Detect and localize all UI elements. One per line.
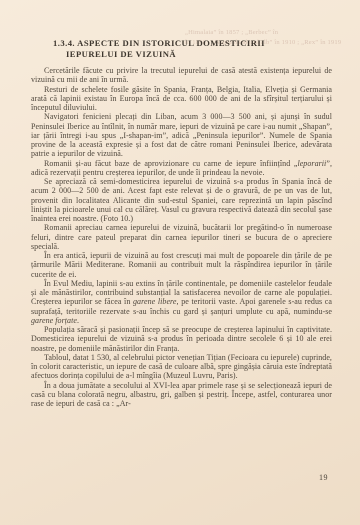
paragraph: Navigatori fenicieni plecați din Liban, … <box>31 112 332 158</box>
text-segment: Romanii și-au făcut baze de aprovizionar… <box>44 159 297 168</box>
section-heading: 1.3.4. ASPECTE DIN ISTORICUL DOMESTICIRI… <box>53 38 265 59</box>
text-segment: Romanii apreciau carnea iepurelui de viz… <box>31 223 332 251</box>
paragraph: Tabloul, datat 1 530, al celebrului pict… <box>31 353 332 381</box>
paragraph: Romanii apreciau carnea iepurelui de viz… <box>31 223 332 251</box>
text-segment: . <box>77 316 79 325</box>
italic-term: leporarii <box>297 159 326 168</box>
section-heading-line2: IEPURELUI DE VIZUINĂ <box>66 49 265 60</box>
paragraph: Resturi de schelete fosile găsite în Spa… <box>31 85 332 113</box>
text-segment: Resturi de schelete fosile găsite în Spa… <box>31 85 332 113</box>
text-segment: În a doua jumătate a secolului al XVI-le… <box>31 381 332 409</box>
text-segment: În era antică, iepurii de vizuină au fos… <box>31 251 332 279</box>
paragraph: Populația săracă și pasionații încep să … <box>31 325 332 353</box>
paragraph: Romanii și-au făcut baze de aprovizionar… <box>31 159 332 178</box>
paragraph: În a doua jumătate a secolului al XVI-le… <box>31 381 332 409</box>
text-segment: Populația săracă și pasionații încep să … <box>31 325 332 353</box>
paragraph: În era antică, iepurii de vizuină au fos… <box>31 251 332 279</box>
text-segment: Se apreciază că semi-domesticirea iepure… <box>31 177 332 223</box>
body-text: Cercetările făcute cu privire la trecutu… <box>31 66 332 408</box>
italic-term: garene libere <box>133 297 177 306</box>
text-segment: Tabloul, datat 1 530, al celebrului pict… <box>31 353 332 381</box>
italic-term: garene forțate <box>31 316 77 325</box>
book-page: „Himalaia” în 1857 ; „Berbec” în în 1898… <box>0 0 360 525</box>
text-segment: Navigatori fenicieni plecați din Liban, … <box>31 112 332 158</box>
ink-bleed-line: „Himalaia” în 1857 ; „Berbec” în <box>185 28 355 38</box>
page-number: 19 <box>319 473 328 482</box>
text-segment: Cercetările făcute cu privire la trecutu… <box>31 66 332 84</box>
section-heading-line1: 1.3.4. ASPECTE DIN ISTORICUL DOMESTICIRI… <box>53 38 265 49</box>
paragraph: În Evul Mediu, lapinii s-au extins în ță… <box>31 279 332 325</box>
paragraph: Se apreciază că semi-domesticirea iepure… <box>31 177 332 223</box>
paragraph: Cercetările făcute cu privire la trecutu… <box>31 66 332 85</box>
